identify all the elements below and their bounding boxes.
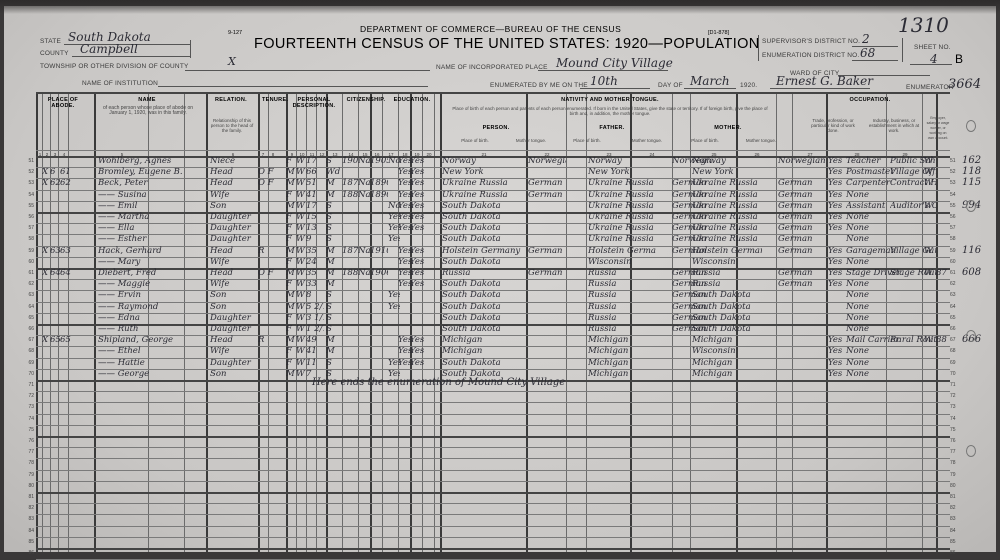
cell-tongue: German bbox=[528, 178, 566, 189]
cell-f_birth: Ukraine Russia bbox=[588, 212, 656, 223]
cell-race: W bbox=[296, 346, 306, 357]
cell-name: —— Ruth bbox=[98, 324, 208, 335]
cell-sex: F bbox=[286, 190, 296, 201]
line-number: 60 bbox=[20, 259, 34, 265]
line-number: 73 bbox=[20, 404, 34, 410]
cell-m_birth: Ukraine Russia bbox=[692, 190, 762, 201]
ed-value: 68 bbox=[860, 46, 875, 60]
line-number-right: 55 bbox=[950, 203, 956, 209]
cell-sex: F bbox=[286, 313, 296, 324]
cell-tenure: R bbox=[258, 246, 284, 257]
cell-m_birth: Michigan bbox=[692, 369, 762, 380]
header-tenure: TENURE. bbox=[262, 97, 282, 103]
cell-sex: M bbox=[286, 246, 296, 257]
cell-birth: South Dakota bbox=[442, 212, 526, 223]
line-number-right: 83 bbox=[950, 516, 956, 522]
cell-english: Yes bbox=[828, 335, 844, 346]
cell-sex: M bbox=[286, 335, 296, 346]
cell-f_birth: Russia bbox=[588, 302, 656, 313]
cell-relation: Daughter bbox=[210, 212, 254, 223]
cell-name: Hack, Gerhard bbox=[98, 246, 208, 257]
cell-immig: 1880 bbox=[342, 190, 358, 201]
cell-natyr: 1906 bbox=[370, 268, 388, 279]
cell-english: Yes bbox=[828, 279, 844, 290]
cell-english: Yes bbox=[828, 212, 844, 223]
column-number: 7 bbox=[258, 152, 268, 157]
cell-race: W bbox=[296, 234, 306, 245]
header-personal: PERSONAL DESCRIPTION. bbox=[286, 97, 342, 109]
line-number-right: 62 bbox=[950, 281, 956, 287]
cell-marital: M bbox=[326, 268, 340, 279]
grid-hline bbox=[36, 548, 950, 550]
cell-trade: None bbox=[846, 290, 902, 301]
cell-birth: South Dakota bbox=[442, 302, 526, 313]
cell-birth: South Dakota bbox=[442, 313, 526, 324]
line-number-right: 69 bbox=[950, 360, 956, 366]
cell-m_birth: Ukraine Russia bbox=[692, 234, 762, 245]
cell-name: —— Emil bbox=[98, 201, 208, 212]
grid-hline bbox=[36, 150, 950, 151]
header-occupation: OCCUPATION. bbox=[806, 97, 934, 103]
cell-school: Yes bbox=[388, 302, 400, 313]
line-number: 84 bbox=[20, 528, 34, 534]
header-nativity-sub: Place of birth of each person and parent… bbox=[450, 106, 770, 116]
header-father-birth: Place of birth. bbox=[552, 138, 622, 143]
cell-name: —— Edna bbox=[98, 313, 208, 324]
cell-sex: M bbox=[286, 369, 296, 380]
line-number-right: 60 bbox=[950, 259, 956, 265]
institution-label: NAME OF INSTITUTION bbox=[82, 80, 158, 87]
header-person: PERSON. bbox=[440, 125, 552, 131]
cell-english: Yes bbox=[828, 358, 844, 369]
cell-m_tongue: German bbox=[778, 279, 826, 290]
county-label: COUNTY bbox=[40, 50, 69, 57]
cell-english: Yes bbox=[828, 167, 844, 178]
cell-english: Yes bbox=[828, 369, 844, 380]
cell-race: W bbox=[296, 156, 306, 167]
cell-m_birth: Holstein Germany bbox=[692, 246, 762, 257]
cell-f_birth: Wisconsin bbox=[588, 257, 656, 268]
census-title: FOURTEENTH CENSUS OF THE UNITED STATES: … bbox=[254, 36, 760, 52]
cell-relation: Wife bbox=[210, 190, 254, 201]
line-number-right: 64 bbox=[950, 304, 956, 310]
cell-m_birth: Ukraine Russia bbox=[692, 178, 762, 189]
cell-tongue: German bbox=[528, 268, 566, 279]
line-number: 70 bbox=[20, 371, 34, 377]
cell-marital: S bbox=[326, 212, 340, 223]
cell-write: Yes bbox=[410, 257, 424, 268]
grid-hline bbox=[36, 470, 950, 471]
line-number: 63 bbox=[20, 292, 34, 298]
header-place-of-abode: PLACE OF ABODE. bbox=[38, 97, 88, 109]
grid-hline bbox=[36, 458, 950, 459]
line-number-right: 71 bbox=[950, 382, 956, 388]
cell-age: 41 bbox=[306, 346, 324, 357]
cell-trade: None bbox=[846, 346, 902, 357]
header-name: NAME bbox=[92, 97, 202, 103]
line-number-right: 76 bbox=[950, 438, 956, 444]
cell-race: W bbox=[296, 302, 306, 313]
enumerated-month: March bbox=[690, 74, 730, 88]
cell-relation: Daughter bbox=[210, 223, 254, 234]
line-number: 69 bbox=[20, 360, 34, 366]
cell-relation: Head bbox=[210, 268, 254, 279]
line-number: 62 bbox=[20, 281, 34, 287]
cell-sex: F bbox=[286, 156, 296, 167]
cell-relation: Son bbox=[210, 290, 254, 301]
header-education: EDUCATION. bbox=[390, 97, 434, 103]
cell-birth: Norway bbox=[442, 156, 526, 167]
stamp-enumerator: 3664 bbox=[948, 77, 981, 92]
cell-tenure: O F bbox=[258, 167, 284, 178]
line-number-right: 56 bbox=[950, 214, 956, 220]
cell-school: Yes bbox=[388, 234, 400, 245]
cell-trade: None bbox=[846, 369, 902, 380]
cell-sex: M bbox=[286, 290, 296, 301]
cell-relation: Wife bbox=[210, 257, 254, 268]
cell-trade: None bbox=[846, 302, 902, 313]
cell-marital: S bbox=[326, 324, 340, 335]
line-number-right: 80 bbox=[950, 483, 956, 489]
cell-m_birth: Russia bbox=[692, 279, 762, 290]
line-number-right: 65 bbox=[950, 315, 956, 321]
line-number: 51 bbox=[20, 158, 34, 164]
grid-hline bbox=[36, 526, 950, 527]
cell-birth: South Dakota bbox=[442, 223, 526, 234]
cell-dwelling: 63 bbox=[50, 246, 60, 257]
cell-birth: Ukraine Russia bbox=[442, 190, 526, 201]
cell-marital: S bbox=[326, 313, 340, 324]
cell-class: W bbox=[924, 167, 936, 178]
cell-farm: 87 bbox=[936, 268, 950, 279]
cell-age: 51 bbox=[306, 178, 324, 189]
grid-vline bbox=[566, 92, 567, 552]
grid-vline bbox=[42, 92, 43, 552]
cell-m_tongue: German bbox=[778, 178, 826, 189]
enumerator-label: ENUMERATOR bbox=[906, 84, 954, 91]
cell-english: Yes bbox=[828, 178, 844, 189]
sheet-side: B bbox=[955, 52, 963, 66]
cell-relation: Wife bbox=[210, 346, 254, 357]
cell-immig: 1873 bbox=[342, 178, 358, 189]
enumerated-day: 10th bbox=[590, 74, 618, 88]
cell-natyr: 1905 bbox=[370, 156, 388, 167]
cell-relation: Head bbox=[210, 246, 254, 257]
cell-name: —— Ervin bbox=[98, 290, 208, 301]
cell-marital: S bbox=[326, 234, 340, 245]
cell-natyr: 1890 bbox=[370, 178, 388, 189]
cell-m_tongue: German bbox=[778, 190, 826, 201]
cell-dwelling: 6 bbox=[50, 167, 60, 178]
cell-english: Yes bbox=[828, 201, 844, 212]
cell-m_birth: Russia bbox=[692, 268, 762, 279]
cell-birth: South Dakota bbox=[442, 234, 526, 245]
grid-vline bbox=[36, 92, 38, 552]
line-number-right: 78 bbox=[950, 460, 956, 466]
cell-marital: S bbox=[326, 302, 340, 313]
grid-vline bbox=[258, 92, 260, 552]
cell-m_birth: Michigan bbox=[692, 358, 762, 369]
cell-tongue: German bbox=[528, 190, 566, 201]
cell-f_birth: New York bbox=[588, 167, 656, 178]
cell-trade: None bbox=[846, 212, 902, 223]
cell-english: Yes bbox=[828, 223, 844, 234]
cell-race: W bbox=[296, 313, 306, 324]
scan-shadow bbox=[0, 0, 1000, 14]
cell-family: 63 bbox=[60, 246, 72, 257]
cell-relation: Son bbox=[210, 201, 254, 212]
cell-trade: None bbox=[846, 313, 902, 324]
cell-f_birth: Holstein Germany bbox=[588, 246, 656, 257]
cell-age: 24 bbox=[306, 257, 324, 268]
cell-age: 11 bbox=[306, 358, 324, 369]
cell-relation: Daughter bbox=[210, 234, 254, 245]
cell-name: Beck, Peter bbox=[98, 178, 208, 189]
cell-race: W bbox=[296, 223, 306, 234]
cell-age: 9 bbox=[306, 234, 324, 245]
grid-vline bbox=[50, 92, 51, 552]
line-number-right: 73 bbox=[950, 404, 956, 410]
grid-hline bbox=[36, 503, 950, 504]
line-number-right: 61 bbox=[950, 270, 956, 276]
cell-family: 62 bbox=[60, 178, 72, 189]
cell-birth: South Dakota bbox=[442, 257, 526, 268]
cell-age: 1 2/12 bbox=[306, 324, 324, 335]
grid-hline bbox=[36, 447, 950, 448]
grid-vline bbox=[94, 92, 96, 552]
cell-race: W bbox=[296, 324, 306, 335]
cell-sex: M bbox=[286, 302, 296, 313]
cell-f_birth: Ukraine Russia bbox=[588, 178, 656, 189]
cell-tongue: Norwegian bbox=[528, 156, 566, 167]
cell-f_birth: Michigan bbox=[588, 369, 656, 380]
line-number: 65 bbox=[20, 315, 34, 321]
cell-m_tongue: Norwegian bbox=[778, 156, 826, 167]
cell-race: W bbox=[296, 190, 306, 201]
cell-race: W bbox=[296, 178, 306, 189]
county-value: Campbell bbox=[80, 42, 138, 56]
line-number-right: 52 bbox=[950, 169, 956, 175]
cell-birth: Michigan bbox=[442, 346, 526, 357]
cell-f_birth: Michigan bbox=[588, 335, 656, 346]
cell-relation: Wife bbox=[210, 279, 254, 290]
cell-marital: S bbox=[326, 358, 340, 369]
cell-english: Yes bbox=[828, 156, 844, 167]
cell-class: W bbox=[924, 335, 936, 346]
cell-name: —— Maggie bbox=[98, 279, 208, 290]
cell-age: 41 bbox=[306, 190, 324, 201]
cell-class: W bbox=[924, 178, 936, 189]
column-number: 8 bbox=[268, 152, 278, 157]
line-number: 57 bbox=[20, 225, 34, 231]
cell-relation: Son bbox=[210, 369, 254, 380]
cell-trade: None bbox=[846, 234, 902, 245]
cell-m_birth: New York bbox=[692, 167, 762, 178]
ward-label: WARD OF CITY bbox=[790, 70, 839, 77]
cell-m_tongue: German bbox=[778, 268, 826, 279]
line-number: 66 bbox=[20, 326, 34, 332]
line-number: 67 bbox=[20, 337, 34, 343]
line-number: 72 bbox=[20, 393, 34, 399]
cell-m_birth: South Dakota bbox=[692, 290, 762, 301]
cell-dwelling: 65 bbox=[50, 335, 60, 346]
line-number-right: 63 bbox=[950, 292, 956, 298]
cell-birth: South Dakota bbox=[442, 201, 526, 212]
cell-english: Yes bbox=[828, 268, 844, 279]
cell-marital: M bbox=[326, 190, 340, 201]
line-number-right: 81 bbox=[950, 494, 956, 500]
grid-vline bbox=[268, 92, 269, 552]
line-number: 80 bbox=[20, 483, 34, 489]
line-number-right: 53 bbox=[950, 180, 956, 186]
header-person-birth: Place of birth. bbox=[440, 138, 510, 143]
line-number: 71 bbox=[20, 382, 34, 388]
line-number-right: 82 bbox=[950, 505, 956, 511]
tally-mark: 115 bbox=[962, 177, 981, 188]
cell-m_birth: South Dakota bbox=[692, 324, 762, 335]
cell-english: Yes bbox=[828, 346, 844, 357]
sheet-label: SHEET NO. bbox=[914, 44, 951, 51]
header-nativity: NATIVITY AND MOTHER TONGUE. bbox=[440, 97, 780, 103]
header-person-tongue: Mother tongue. bbox=[510, 138, 552, 143]
cell-race: W bbox=[296, 201, 306, 212]
line-number: 68 bbox=[20, 348, 34, 354]
line-number-right: 72 bbox=[950, 393, 956, 399]
header-name-sub: of each person whose place of abode on J… bbox=[98, 106, 198, 116]
year: 1920. bbox=[740, 82, 757, 89]
grid-hline bbox=[36, 414, 950, 415]
cell-birth: Ukraine Russia bbox=[442, 178, 526, 189]
cell-marital: S bbox=[326, 201, 340, 212]
header-relation: RELATION. bbox=[206, 97, 256, 103]
day-of-label: DAY OF bbox=[658, 82, 683, 89]
cell-sex: M bbox=[286, 178, 296, 189]
cell-age: 15 bbox=[306, 212, 324, 223]
cell-relation: Head bbox=[210, 335, 254, 346]
cell-m_birth: Ukraine Russia bbox=[692, 212, 762, 223]
header-occ-industry: Industry, business, or establishment in … bbox=[866, 118, 922, 133]
cell-mark: X bbox=[42, 167, 50, 178]
grid-hline bbox=[36, 492, 950, 494]
cell-sex: F bbox=[286, 324, 296, 335]
line-number: 64 bbox=[20, 304, 34, 310]
cell-race: W bbox=[296, 335, 306, 346]
cell-f_birth: Russia bbox=[588, 279, 656, 290]
cell-name: —— Mary bbox=[98, 257, 208, 268]
cell-marital: M bbox=[326, 257, 340, 268]
grid-vline bbox=[936, 92, 938, 552]
cell-race: W bbox=[296, 246, 306, 257]
enumerated-label: ENUMERATED BY ME ON THE bbox=[490, 82, 588, 89]
cell-dwelling: 62 bbox=[50, 178, 60, 189]
cell-tenure: O F bbox=[258, 178, 284, 189]
cell-m_birth: Wisconsin bbox=[692, 257, 762, 268]
township-value: X bbox=[228, 55, 236, 68]
cell-write: Yes bbox=[410, 223, 424, 234]
line-number: 83 bbox=[20, 516, 34, 522]
cell-race: W bbox=[296, 268, 306, 279]
line-number: 85 bbox=[20, 539, 34, 545]
cell-write: Yes bbox=[410, 156, 424, 167]
line-number-right: 59 bbox=[950, 248, 956, 254]
header-occ-trade: Trade, profession, or particular kind of… bbox=[808, 118, 858, 133]
cell-write: Yes bbox=[410, 346, 424, 357]
cell-race: W bbox=[296, 212, 306, 223]
cell-birth: South Dakota bbox=[442, 279, 526, 290]
line-number: 82 bbox=[20, 505, 34, 511]
cell-tenure: O F bbox=[258, 268, 284, 279]
cell-name: —— Ethel bbox=[98, 346, 208, 357]
cell-race: W bbox=[296, 369, 306, 380]
line-number: 77 bbox=[20, 449, 34, 455]
cell-age: 17 bbox=[306, 156, 324, 167]
line-number: 56 bbox=[20, 214, 34, 220]
cell-f_birth: Russia bbox=[588, 290, 656, 301]
header-father-tongue: Mother tongue. bbox=[622, 138, 672, 143]
grid-hline bbox=[36, 537, 950, 538]
cell-sex: F bbox=[286, 257, 296, 268]
cell-birth: South Dakota bbox=[442, 324, 526, 335]
cell-marital: M bbox=[326, 246, 340, 257]
line-number: 61 bbox=[20, 270, 34, 276]
cell-birth: Russia bbox=[442, 268, 526, 279]
cell-immig: 1879 bbox=[342, 246, 358, 257]
line-number: 76 bbox=[20, 438, 34, 444]
punch-hole-icon bbox=[966, 330, 976, 342]
cell-trade: None bbox=[846, 190, 902, 201]
line-number: 75 bbox=[20, 427, 34, 433]
line-number-right: 77 bbox=[950, 449, 956, 455]
cell-write: Yes bbox=[410, 212, 424, 223]
cell-sex: M bbox=[286, 167, 296, 178]
cell-sex: F bbox=[286, 358, 296, 369]
cell-m_birth: Michigan bbox=[692, 335, 762, 346]
cell-f_birth: Ukraine Russia bbox=[588, 190, 656, 201]
cell-english: Yes bbox=[828, 257, 844, 268]
cell-marital: S bbox=[326, 156, 340, 167]
cell-name: —— Hattie bbox=[98, 358, 208, 369]
grid-hline bbox=[36, 391, 950, 392]
cell-tenure: R bbox=[258, 335, 284, 346]
line-number-right: 85 bbox=[950, 539, 956, 545]
cell-class: W bbox=[924, 201, 936, 212]
cell-trade: None bbox=[846, 279, 902, 290]
cell-race: W bbox=[296, 257, 306, 268]
cell-birth: South Dakota bbox=[442, 358, 526, 369]
cell-sex: M bbox=[286, 268, 296, 279]
cell-name: —— Martha bbox=[98, 212, 208, 223]
cell-write: Yes bbox=[410, 201, 424, 212]
cell-mark: X bbox=[42, 178, 50, 189]
cell-write: Yes bbox=[410, 178, 424, 189]
cell-english: Yes bbox=[828, 190, 844, 201]
cell-m_birth: Norway bbox=[692, 156, 762, 167]
cell-age: 49 bbox=[306, 335, 324, 346]
header-father: FATHER. bbox=[552, 125, 672, 131]
cell-age: 33 bbox=[306, 279, 324, 290]
line-number: 81 bbox=[20, 494, 34, 500]
cell-write: Yes bbox=[410, 358, 424, 369]
cell-marital: S bbox=[326, 290, 340, 301]
cell-sex: F bbox=[286, 234, 296, 245]
cell-marital: Wd bbox=[326, 167, 340, 178]
cell-birth: Holstein Germany bbox=[442, 246, 526, 257]
cell-marital: M bbox=[326, 335, 340, 346]
cell-f_birth: Russia bbox=[588, 268, 656, 279]
header-mother-birth: Place of birth. bbox=[672, 138, 738, 143]
line-number: 52 bbox=[20, 169, 34, 175]
cell-birth: Michigan bbox=[442, 335, 526, 346]
